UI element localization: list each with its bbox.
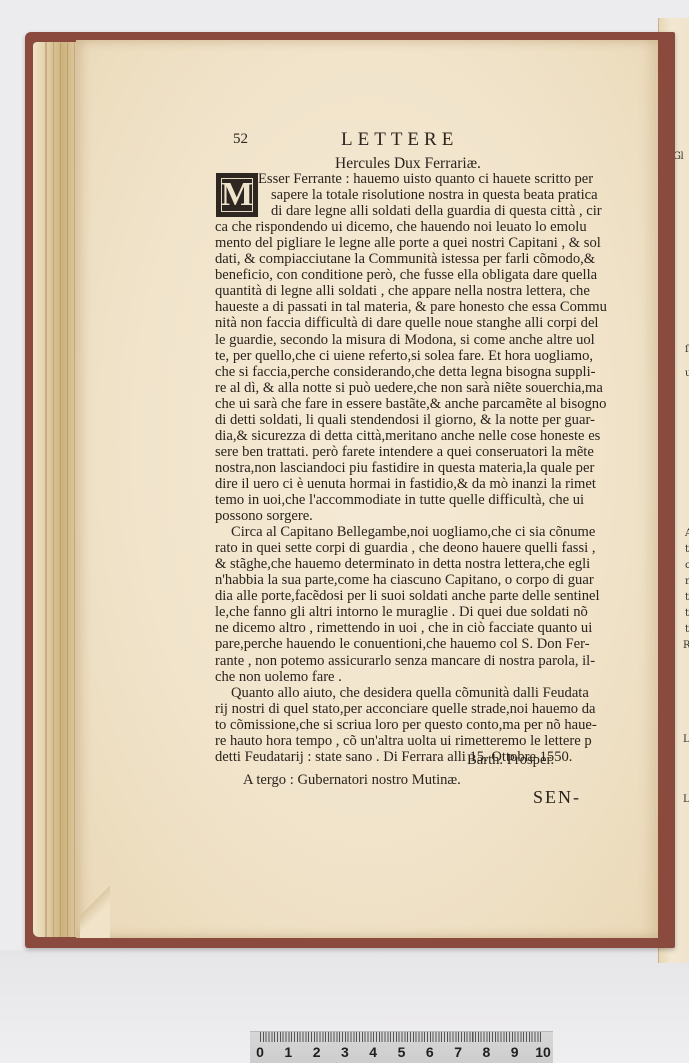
- facing-page-fragment: ti: [685, 544, 689, 555]
- text-line: haueste a di passati in tal materia, & p…: [215, 299, 634, 316]
- text-line: le,che fanno gli altri intorno le muragl…: [215, 604, 634, 621]
- text-line: sere ben trattati. però farete intendere…: [215, 444, 634, 461]
- text-line: rante , non potemo assicurarlo senza man…: [215, 653, 634, 670]
- facing-page-fragment: Re: [683, 640, 689, 651]
- text-line: di detti soldati, li quali stendendosi i…: [215, 412, 634, 429]
- text-line: Esser Ferrante : hauemo uisto quanto ci …: [258, 171, 634, 188]
- text-line: quantità di legne alli soldati , che app…: [215, 283, 634, 300]
- catchword: SEN-: [533, 787, 581, 808]
- facing-page-fragment: tur: [685, 608, 689, 619]
- facing-page-fragment: ſt: [685, 344, 689, 355]
- ruler-label: 2: [313, 1044, 321, 1060]
- page-corner-fold: [80, 880, 110, 938]
- text-line: temo in uoi,che l'accommodiate in tutte …: [215, 492, 634, 509]
- text-line: ca che rispondendo ui dicemo, che hauend…: [215, 219, 634, 236]
- facing-page-fragment: tur: [685, 624, 689, 635]
- scale-ruler: 0 1 2 3 4 5 6 7 8 9 10: [250, 1031, 553, 1063]
- text-line: di dare legne alli soldati della guardia…: [271, 203, 634, 220]
- text-line: re al dì, & alla notte si può uedere,che…: [215, 380, 634, 397]
- text-line: mento del pigliare le legne alle porte a…: [215, 235, 634, 252]
- ruler-label: 5: [398, 1044, 406, 1060]
- text-line: che si faccia,perche considerando,che de…: [215, 364, 634, 381]
- facing-page-fragment: ne: [685, 576, 689, 587]
- text-line: rato in quei sette corpi di guardia , ch…: [215, 540, 634, 557]
- text-line: sapere la totale risolutione nostra in q…: [271, 187, 634, 204]
- text-line: detti Feudatarij : state sano . Di Ferra…: [215, 749, 634, 766]
- text-line: n'habbia la sua parte,come ha ciascuno C…: [215, 572, 634, 589]
- text-line: le guardie, secondo la misura di Modona,…: [215, 332, 634, 349]
- text-line: ne dicemo altro , rimettendo in uoi , ch…: [215, 620, 634, 637]
- ruler-label: 3: [341, 1044, 349, 1060]
- endorsement: A tergo : Gubernatori nostro Mutinæ.: [243, 772, 461, 789]
- facing-page-fragment: A: [685, 528, 689, 539]
- ruler-label: 1: [284, 1044, 292, 1060]
- text-line: dati, & compiacciutane la Communità iste…: [215, 251, 634, 268]
- text-line: dia alle porte,facẽdosi per li suoi sold…: [215, 588, 634, 605]
- facing-page-fragment: L: [683, 794, 689, 805]
- text-line: Circa al Capitano Bellegambe,noi uogliam…: [231, 524, 634, 541]
- ruler-label: 6: [426, 1044, 434, 1060]
- text-line: te, per quello,che ci uiene referto,si s…: [215, 348, 634, 365]
- signature: Barth. Prosper.: [467, 752, 554, 769]
- ruler-label: 9: [511, 1044, 519, 1060]
- ruler-label: 7: [454, 1044, 462, 1060]
- text-line: to cõmissione,che si scriua loro per que…: [215, 717, 634, 734]
- ruler-label: 4: [369, 1044, 377, 1060]
- facing-page-fragment: tur: [685, 592, 689, 603]
- text-line: possono sorgere.: [215, 508, 634, 525]
- text-line: dia,& sicurezza di detta città,meritano …: [215, 428, 634, 445]
- ruler-label: 8: [482, 1044, 490, 1060]
- text-line: pare,perche hauendo le conuentioni,che h…: [215, 636, 634, 653]
- page-number: 52: [233, 131, 248, 148]
- text-line: re hauto hora tempo , cõ un'altra uolta …: [215, 733, 634, 750]
- facing-page-fragment: op: [685, 560, 689, 571]
- page-header: 52 LETTERE: [233, 129, 633, 153]
- running-head: LETTERE: [341, 129, 458, 151]
- text-line: nostra,non lasciandoci piu fastidire in …: [215, 460, 634, 477]
- text-line: che non uolemo fare .: [215, 669, 634, 686]
- decorated-initial-letter: M: [221, 178, 253, 212]
- text-line: che ui sarà che fare in essere bastãte,&…: [215, 396, 634, 413]
- ruler-ticks: [260, 1032, 543, 1042]
- text-line: dire il uero ci è uenuta hormai in fasti…: [215, 476, 634, 493]
- facing-page-fragment: La: [683, 734, 689, 745]
- text-line: & stãghe,che hauemo determinato in detta…: [215, 556, 634, 573]
- text-line: beneficio, con conditione però, che fuss…: [215, 267, 634, 284]
- facing-page-fragment: u: [685, 368, 689, 379]
- decorated-initial: M: [216, 173, 258, 217]
- ruler-label: 0: [256, 1044, 264, 1060]
- text-line: nità non faccia difficultà di dare quell…: [215, 315, 634, 332]
- text-line: Quanto allo aiuto, che desidera quella c…: [231, 685, 634, 702]
- text-line: rij nostri di quel stato,per acconciare …: [215, 701, 634, 718]
- ruler-label: 10: [535, 1044, 551, 1060]
